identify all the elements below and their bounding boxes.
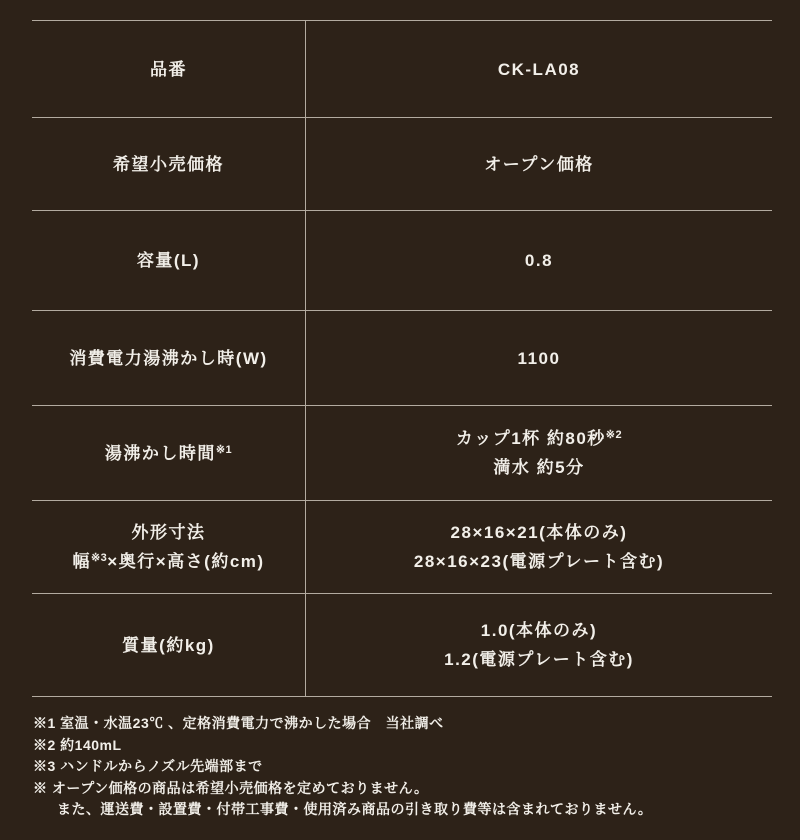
footnote-1: ※1 室温・水温23℃ 、定格消費電力で沸かした場合 当社調べ <box>33 713 773 735</box>
table-row-model: 品番 CK-LA08 <box>32 21 772 118</box>
row-label-price: 希望小売価格 <box>32 118 306 210</box>
row-value-text: 1100 <box>518 344 561 373</box>
row-value-text: オープン価格 <box>484 150 593 179</box>
row-label-capacity: 容量(L) <box>32 211 306 310</box>
table-row-weight: 質量(約kg) 1.0(本体のみ) 1.2(電源プレート含む) <box>32 594 772 697</box>
row-value-line2: 28×16×23(電源プレート含む) <box>414 547 664 576</box>
table-row-price: 希望小売価格 オープン価格 <box>32 118 772 211</box>
row-label-dimensions: 外形寸法 幅※3×奥行×高さ(約cm) <box>32 501 306 593</box>
row-value-capacity: 0.8 <box>306 211 772 310</box>
footnote-ref-3: ※3 <box>91 552 107 564</box>
row-value-line2: 満水 約5分 <box>493 453 584 482</box>
row-value-price: オープン価格 <box>306 118 772 210</box>
row-value-power: 1100 <box>306 311 772 405</box>
row-label-text: 品番 <box>150 55 187 84</box>
row-label-text: 容量(L) <box>137 246 200 275</box>
table-row-power: 消費電力湯沸かし時(W) 1100 <box>32 311 772 406</box>
table-row-capacity: 容量(L) 0.8 <box>32 211 772 311</box>
row-label-weight: 質量(約kg) <box>32 594 306 696</box>
row-label-model: 品番 <box>32 21 306 117</box>
row-value-line1: 1.0(本体のみ) <box>481 616 597 645</box>
row-label-text: 希望小売価格 <box>113 150 224 179</box>
row-value-text: 0.8 <box>525 246 553 275</box>
spec-table: 品番 CK-LA08 希望小売価格 オープン価格 容量(L) 0.8 消費電力湯… <box>32 20 772 697</box>
footnote-2: ※2 約140mL <box>33 735 773 757</box>
row-value-weight: 1.0(本体のみ) 1.2(電源プレート含む) <box>306 594 772 696</box>
row-label-rest: ×奥行×高さ(約cm) <box>107 552 264 571</box>
row-label-line2: 幅※3×奥行×高さ(約cm) <box>72 547 264 576</box>
row-value-boil-time: カップ1杯 約80秒※2 満水 約5分 <box>306 406 772 500</box>
row-value-text: カップ1杯 約80秒 <box>456 429 606 448</box>
row-label-power: 消費電力湯沸かし時(W) <box>32 311 306 405</box>
footnote-3: ※3 ハンドルからノズル先端部まで <box>33 756 773 778</box>
footnote-open-price-cont: また、運送費・設置費・付帯工事費・使用済み商品の引き取り費等は含まれておりません… <box>33 799 773 821</box>
table-row-boil-time: 湯沸かし時間※1 カップ1杯 約80秒※2 満水 約5分 <box>32 406 772 501</box>
row-label-boil-time: 湯沸かし時間※1 <box>32 406 306 500</box>
footnote-ref-1: ※1 <box>216 444 232 456</box>
row-label-main: 湯沸かし時間 <box>105 444 216 463</box>
footnote-open-price: ※ オープン価格の商品は希望小売価格を定めておりません。 <box>33 778 773 800</box>
row-label-text: 消費電力湯沸かし時(W) <box>69 344 267 373</box>
row-value-line1: カップ1杯 約80秒※2 <box>456 424 622 453</box>
row-value-model: CK-LA08 <box>306 21 772 117</box>
row-label-text: 湯沸かし時間※1 <box>105 439 232 468</box>
row-value-text: CK-LA08 <box>498 55 580 84</box>
row-value-line1: 28×16×21(本体のみ) <box>451 518 628 547</box>
footnote-ref-2: ※2 <box>606 429 622 441</box>
row-value-line2: 1.2(電源プレート含む) <box>444 645 634 674</box>
row-label-line1: 外形寸法 <box>132 518 206 547</box>
row-label-width: 幅 <box>72 552 91 571</box>
footnotes: ※1 室温・水温23℃ 、定格消費電力で沸かした場合 当社調べ ※2 約140m… <box>33 713 773 821</box>
row-value-dimensions: 28×16×21(本体のみ) 28×16×23(電源プレート含む) <box>306 501 772 593</box>
table-row-dimensions: 外形寸法 幅※3×奥行×高さ(約cm) 28×16×21(本体のみ) 28×16… <box>32 501 772 594</box>
row-label-text: 質量(約kg) <box>122 631 215 660</box>
